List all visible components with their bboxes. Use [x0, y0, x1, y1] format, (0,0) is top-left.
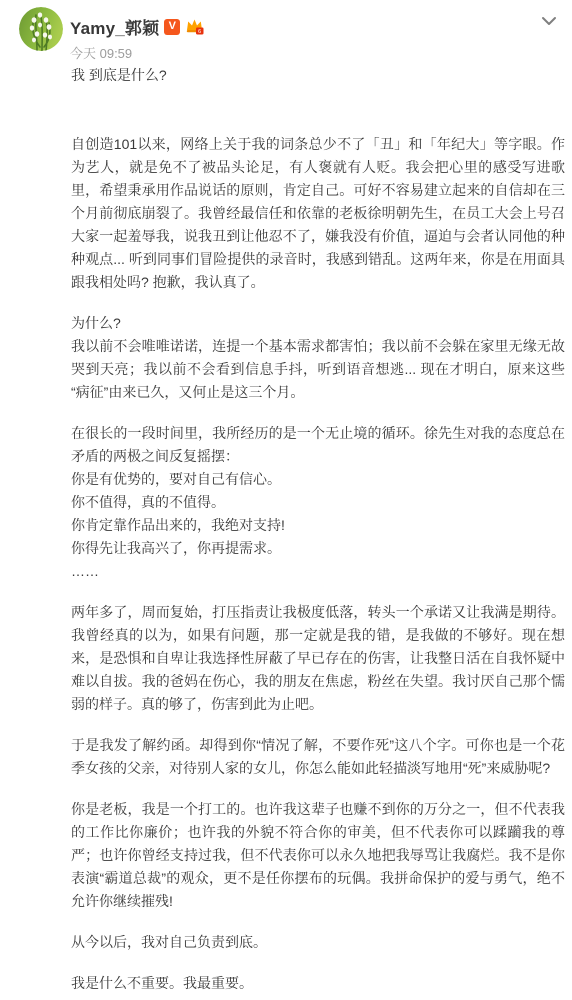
- chevron-down-icon[interactable]: [539, 11, 559, 31]
- post-paragraphs: 自创造101以来，网络上关于我的词条总少不了「丑」和「年纪大」等字眼。作为艺人，…: [71, 133, 565, 995]
- author-name[interactable]: Yamy_郭颖: [70, 14, 159, 39]
- post-paragraph: 自创造101以来，网络上关于我的词条总少不了「丑」和「年纪大」等字眼。作为艺人，…: [71, 133, 565, 294]
- post-paragraph: 两年多了，周而复始，打压指责让我极度低落，转头一个承诺又让我满是期待。我曾经真的…: [71, 601, 565, 716]
- lily-of-the-valley-avatar-image: [19, 7, 63, 51]
- post-paragraph: 为什么?我以前不会唯唯诺诺，连提一个基本需求都害怕；我以前不会躲在家里无缘无故哭…: [71, 312, 565, 404]
- post-body: 我 到底是什么? 自创造101以来，网络上关于我的词条总少不了「丑」和「年纪大」…: [71, 64, 565, 995]
- post-title-line: 我 到底是什么?: [71, 64, 565, 87]
- verified-v-badge-icon: V: [164, 19, 180, 35]
- weibo-post-page: Yamy_郭颖 V 6 今天 09:59 我 到底是什么? 自创造101以来，网…: [0, 0, 572, 1000]
- post-paragraph: 你是老板，我是一个打工的。也许我这辈子也赚不到你的万分之一，但不代表我的工作比你…: [71, 798, 565, 913]
- svg-text:6: 6: [198, 29, 201, 35]
- author-line: Yamy_郭颖 V 6: [70, 14, 204, 39]
- post-paragraph: 在很长的一段时间里，我所经历的是一个无止境的循环。徐先生对我的态度总在矛盾的两极…: [71, 422, 565, 583]
- post-paragraph: 我是什么不重要。我最重要。: [71, 972, 565, 995]
- post-timestamp: 今天 09:59: [70, 43, 132, 62]
- post-paragraph: 于是我发了解约函。却得到你“情况了解，不要作死”这八个字。可你也是一个花季女孩的…: [71, 734, 565, 780]
- avatar[interactable]: [19, 7, 63, 51]
- vip-crown-icon: 6: [185, 18, 204, 35]
- post-paragraph: 从今以后，我对自己负责到底。: [71, 931, 565, 954]
